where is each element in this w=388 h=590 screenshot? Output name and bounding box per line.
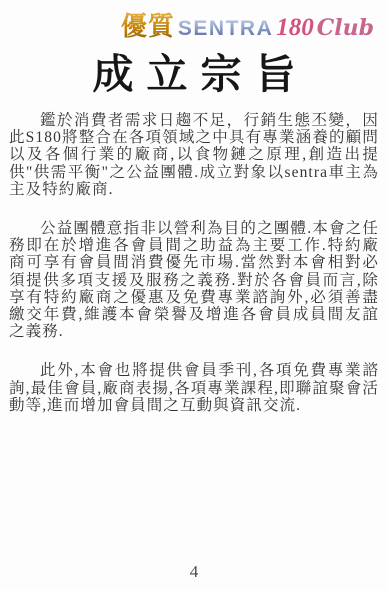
paragraph-founding-background: 鑑於消費者需求日趨不足，行銷生態丕變，因此S180將整合在各項領域之中具有專業涵… xyxy=(9,112,379,198)
body-text: 鑑於消費者需求日趨不足，行銷生態丕變，因此S180將整合在各項領域之中具有專業涵… xyxy=(0,112,388,414)
paragraph-member-benefits: 此外,本會也將提供會員季刊,各項免費專業諮詢,最佳會員,廠商表揚,各項專業課程,… xyxy=(9,362,379,414)
logo-180-text: 180 xyxy=(276,14,314,42)
logo-chinese-characters: 優質 xyxy=(121,6,175,43)
logo-club-text: Club xyxy=(317,15,374,41)
document-page: 優質 SENTRA 180 Club 成立宗旨 鑑於消費者需求日趨不足，行銷生態… xyxy=(0,0,388,590)
page-title: 成立宗旨 xyxy=(0,50,388,98)
page-number: 4 xyxy=(0,562,388,582)
paragraph-mission-obligations: 公益團體意指非以營利為目的之團體.本會之任務即在於增進各會員間之助益為主要工作.… xyxy=(9,220,379,340)
club-logo: 優質 SENTRA 180 Club xyxy=(121,6,374,43)
logo-sentra-text: SENTRA xyxy=(178,17,273,41)
